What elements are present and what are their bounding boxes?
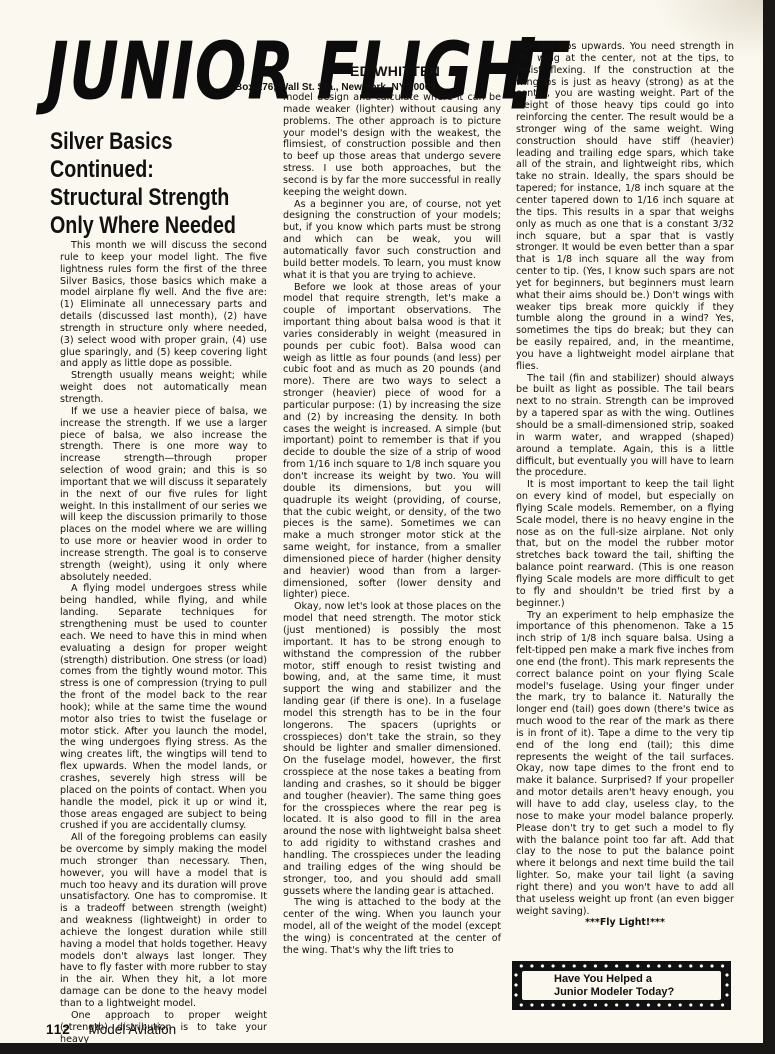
marquee-lights-icon xyxy=(512,970,520,1001)
text-column-1: This month we will discuss the second ru… xyxy=(60,240,267,1043)
paragraph: The tail (fin and stabilizer) should alw… xyxy=(516,373,734,480)
author-name: ED WHITTEN xyxy=(350,63,440,79)
headline-line: Silver Basics xyxy=(50,128,280,156)
headline-line: Structural Strength xyxy=(50,184,280,212)
promo-marquee-box: Have You Helped a Junior Modeler Today? xyxy=(512,961,731,1010)
headline-line: Only Where Needed xyxy=(50,212,280,240)
paragraph: Before we look at those areas of your mo… xyxy=(283,282,501,602)
marquee-lights-icon xyxy=(723,970,731,1001)
headline-line: Continued: xyxy=(50,156,280,184)
publication-name: Model Aviation xyxy=(89,1022,177,1037)
page-footer: 112 Model Aviation xyxy=(46,1022,176,1037)
marquee-lights-icon xyxy=(516,1001,727,1009)
paragraph: The wing is attached to the body at the … xyxy=(283,897,501,956)
paragraph: If we use a heavier piece of balsa, we i… xyxy=(60,406,267,584)
promo-line: Have You Helped a xyxy=(554,973,721,986)
text-column-2: model design and calculate where it can … xyxy=(283,92,501,957)
paragraph: It is most important to keep the tail li… xyxy=(516,479,734,609)
promo-text: Have You Helped a Junior Modeler Today? xyxy=(522,971,721,1000)
promo-line: Junior Modeler Today? xyxy=(554,986,721,999)
marquee-lights-icon xyxy=(516,962,727,970)
page-number: 112 xyxy=(46,1022,71,1037)
paragraph: This month we will discuss the second ru… xyxy=(60,240,267,370)
paragraph: A flying model undergoes stress while be… xyxy=(60,583,267,832)
paragraph: As a beginner you are, of course, not ye… xyxy=(283,199,501,282)
text-column-3: flex the tips upwards. You need strength… xyxy=(516,41,734,929)
article-headline: Silver Basics Continued: Structural Stre… xyxy=(50,128,280,240)
paragraph: Okay, now let's look at those places on … xyxy=(283,601,501,897)
paragraph: flex the tips upwards. You need strength… xyxy=(516,41,734,373)
signoff: ***Fly Light!*** xyxy=(516,917,734,929)
paragraph: model design and calculate where it can … xyxy=(283,92,501,199)
paragraph: Strength usually means weight; while wei… xyxy=(60,370,267,406)
paragraph: Try an experiment to help emphasize the … xyxy=(516,610,734,918)
magazine-page: JUNIOR FLIGHT ! ED WHITTEN Box 176, Wall… xyxy=(0,0,763,1043)
paragraph: All of the foregoing problems can easily… xyxy=(60,832,267,1010)
